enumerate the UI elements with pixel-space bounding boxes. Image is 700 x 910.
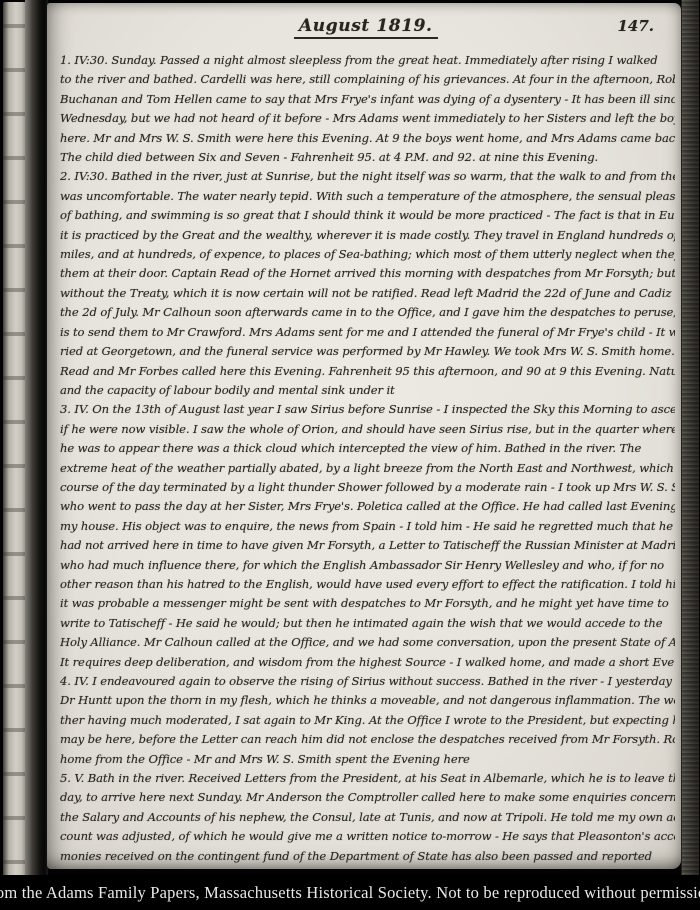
manuscript-line: Read and Mr Forbes called here this Even… [60, 362, 675, 381]
manuscript-line: 2. IV:30. Bathed in the river, just at S… [60, 167, 675, 186]
manuscript-line: had not arrived here in time to have giv… [60, 536, 675, 555]
manuscript-line: here. Mr and Mrs W. S. Smith were here t… [60, 129, 675, 148]
scanned-diary-photo: August 1819. 147. 1. IV:30. Sunday. Pass… [0, 0, 700, 875]
manuscript-line: 4. IV. I endeavoured again to observe th… [60, 672, 675, 691]
manuscript-line: ther having much moderated, I sat again … [60, 711, 675, 730]
manuscript-line: Wednesday, but we had not heard of it be… [60, 109, 675, 128]
manuscript-line: It requires deep deliberation, and wisdo… [60, 653, 675, 672]
manuscript-line: and the capacity of labour bodily and me… [60, 381, 675, 400]
manuscript-line: The child died between Six and Seven - F… [60, 148, 675, 167]
manuscript-line: he was to appear there was a thick cloud… [60, 439, 675, 458]
manuscript-text: 1. IV:30. Sunday. Passed a night almost … [47, 51, 681, 866]
manuscript-line: Holy Alliance. Mr Calhoun called at the … [60, 633, 675, 652]
manuscript-line: them at their door. Captain Read of the … [60, 264, 675, 283]
manuscript-line: it is practiced by the Great and the wea… [60, 226, 675, 245]
manuscript-line: count was adjusted, of which he would gi… [60, 827, 675, 846]
manuscript-line: without the Treaty, which it is now cert… [60, 284, 675, 303]
book-page-edges [681, 0, 699, 875]
manuscript-line: other reason than his hatred to the Engl… [60, 575, 675, 594]
page-title: August 1819. [294, 16, 438, 39]
manuscript-line: extreme heat of the weather partially ab… [60, 459, 675, 478]
manuscript-line: if he were now visible. I saw the whole … [60, 420, 675, 439]
manuscript-line: is to send them to Mr Crawford. Mrs Adam… [60, 323, 675, 342]
manuscript-line: 3. IV. On the 13th of August last year I… [60, 400, 675, 419]
manuscript-line: home from the Office - Mr and Mrs W. S. … [60, 750, 675, 769]
manuscript-line: may be here, before the Letter can reach… [60, 730, 675, 749]
caption-bar: From the Adams Family Papers, Massachuse… [0, 875, 700, 910]
manuscript-line: the Salary and Accounts of his nephew, t… [60, 808, 675, 827]
manuscript-line: Buchanan and Tom Hellen came to say that… [60, 90, 675, 109]
manuscript-line: write to Tatischeff - He said he would; … [60, 614, 675, 633]
manuscript-line: miles, and at hundreds, of expence, to p… [60, 245, 675, 264]
manuscript-line: Dr Huntt upon the thorn in my flesh, whi… [60, 691, 675, 710]
manuscript-line: monies received on the contingent fund o… [60, 847, 675, 866]
manuscript-line: my house. His object was to enquire, the… [60, 517, 675, 536]
page-header: August 1819. 147. [47, 16, 681, 46]
manuscript-line: 1. IV:30. Sunday. Passed a night almost … [60, 51, 675, 70]
manuscript-line: day, to arrive here next Sunday. Mr Ande… [60, 788, 675, 807]
manuscript-line: to the river and bathed. Cardelli was he… [60, 70, 675, 89]
manuscript-line: who had much influence there, for which … [60, 556, 675, 575]
manuscript-line: was uncomfortable. The water nearly tepi… [60, 187, 675, 206]
manuscript-line: the 2d of July. Mr Calhoun soon afterwar… [60, 303, 675, 322]
page-number: 147. [617, 17, 654, 35]
manuscript-line: of bathing, and swimming is so great tha… [60, 206, 675, 225]
manuscript-line: it was probable a messenger might be sen… [60, 594, 675, 613]
diary-page: August 1819. 147. 1. IV:30. Sunday. Pass… [47, 3, 681, 869]
manuscript-line: who went to pass the day at her Sister, … [60, 497, 675, 516]
manuscript-line: 5. V. Bath in the river. Received Letter… [60, 769, 675, 788]
facing-page-edge [3, 2, 26, 875]
manuscript-line: ried at Georgetown, and the funeral serv… [60, 342, 675, 361]
caption-text: From the Adams Family Papers, Massachuse… [0, 883, 700, 903]
book-gutter-shadow [25, 0, 48, 875]
manuscript-line: course of the day terminated by a light … [60, 478, 675, 497]
